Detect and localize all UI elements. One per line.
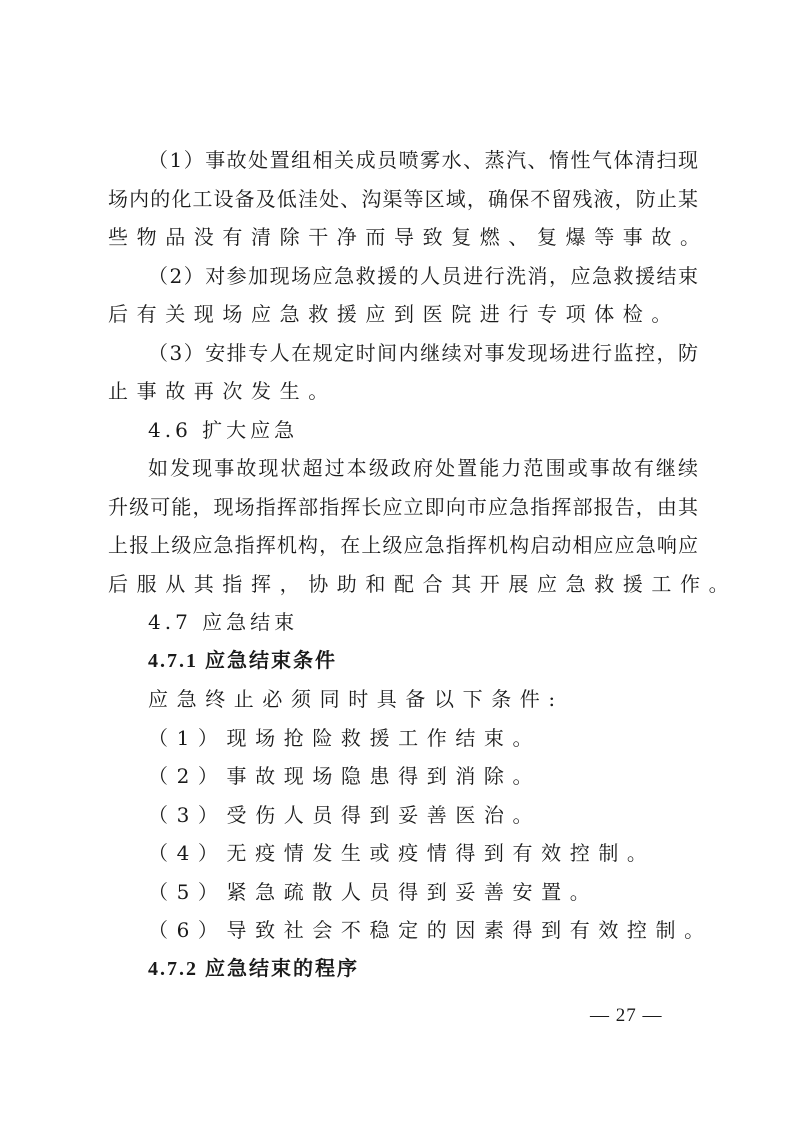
- condition-item-6: （6）导致社会不稳定的因素得到有效控制。: [108, 911, 698, 950]
- paragraph-item-1-line-2: 场内的化工设备及低洼处、沟渠等区域，确保不留残液，防止某: [108, 180, 698, 219]
- condition-item-3: （3）受伤人员得到妥善医治。: [108, 796, 698, 835]
- section-4-6-line-4: 后服从其指挥，协助和配合其开展应急救援工作。: [108, 565, 698, 604]
- section-4-6-line-3: 上报上级应急指挥机构，在上级应急指挥机构启动相应应急响应: [108, 526, 698, 565]
- section-heading-4-6: 4.6 扩大应急: [108, 411, 698, 450]
- section-heading-4-7: 4.7 应急结束: [108, 603, 698, 642]
- paragraph-item-2-line-2: 后有关现场应急救援应到医院进行专项体检。: [108, 295, 698, 334]
- document-page: （1）事故处置组相关成员喷雾水、蒸汽、惰性气体清扫现 场内的化工设备及低洼处、沟…: [108, 141, 698, 988]
- section-4-6-line-1: 如发现事故现状超过本级政府处置能力范围或事故有继续: [108, 449, 698, 488]
- paragraph-item-2-line-1: （2）对参加现场应急救援的人员进行洗消，应急救援结束: [108, 257, 698, 296]
- condition-item-5: （5）紧急疏散人员得到妥善安置。: [108, 873, 698, 912]
- condition-item-1: （1）现场抢险救援工作结束。: [108, 719, 698, 758]
- condition-item-4: （4）无疫情发生或疫情得到有效控制。: [108, 834, 698, 873]
- paragraph-item-3-line-2: 止事故再次发生。: [108, 372, 698, 411]
- page-number: — 27 —: [590, 1005, 663, 1027]
- section-4-6-line-2: 升级可能，现场指挥部指挥长应立即向市应急指挥部报告，由其: [108, 488, 698, 527]
- conditions-intro: 应急终止必须同时具备以下条件:: [108, 680, 698, 719]
- paragraph-item-3-line-1: （3）安排专人在规定时间内继续对事发现场进行监控，防: [108, 334, 698, 373]
- paragraph-item-1-line-1: （1）事故处置组相关成员喷雾水、蒸汽、惰性气体清扫现: [108, 141, 698, 180]
- paragraph-item-1-line-3: 些物品没有清除干净而导致复燃、复爆等事故。: [108, 218, 698, 257]
- subsection-heading-4-7-2: 4.7.2 应急结束的程序: [108, 950, 698, 989]
- subsection-heading-4-7-1: 4.7.1 应急结束条件: [108, 642, 698, 681]
- condition-item-2: （2）事故现场隐患得到消除。: [108, 757, 698, 796]
